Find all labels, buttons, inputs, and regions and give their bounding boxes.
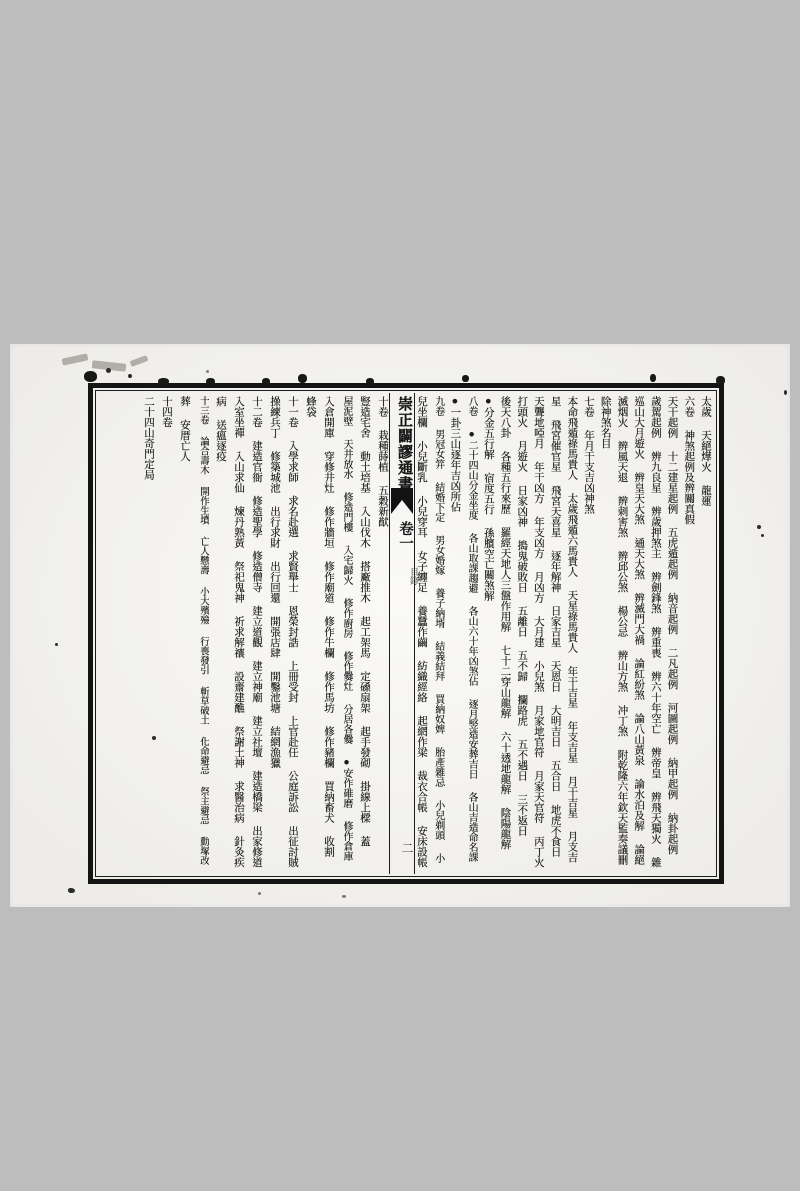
ink-speck <box>106 368 111 373</box>
ink-speck <box>55 643 58 646</box>
toc-column: 屋泥壁 天井放水 修造門樓 入宅歸火 修作廚房 修作爨灶 分居各爨 ●安作碓磨 … <box>340 396 353 871</box>
ink-speck <box>68 888 75 893</box>
ink-speck <box>206 370 209 373</box>
ink-blob <box>650 374 656 382</box>
toc-column: 太歲 天絕燁火 龍運 <box>699 396 712 871</box>
toc-column: 蜂袋 <box>304 396 317 871</box>
toc-column: 十一卷 入學求師 求名赴選 求賢舉士 恩榮封誥 上冊受封 上官赴任 公庭訴訟 出… <box>286 396 299 871</box>
ink-blob <box>298 374 307 383</box>
toc-column: 八卷 ●二十四山分金坐度 各山取課趨避 各山六十年凶煞佔 逐月竪造安葬吉日 各山… <box>465 396 478 871</box>
ink-blob <box>716 376 725 385</box>
toc-column: 二十四山奇門定局 <box>142 396 155 871</box>
toc-column: 滅烟火 辨風天退 辨刺害煞 辨邱公煞 楊公忌 辨山方煞 冲丁煞 附乾隆六年欽天監… <box>615 396 628 871</box>
toc-column: 豎造宅舍 動土培基 入山伐木 搭廠推木 起工架馬 定磉扇架 起手發砌 掛線上樑 … <box>358 396 371 871</box>
toc-column: 入倉開庫 穿修井灶 修作牆垣 修作廟道 修作牛欄 修作馬坊 修作豬欄 買納畜犬 … <box>322 396 335 871</box>
page-content: 太歲 天絕燁火 龍運六卷 神煞起例及辨關真假天干起例 十二建星起例 五虎遁起例 … <box>98 393 714 874</box>
section-label: 目錄 <box>395 567 419 585</box>
toc-column: ●分金五行解 宿度五行 孫臏空亡關煞解 <box>482 396 495 871</box>
ink-blob <box>158 378 169 385</box>
toc-column: 打頭火 月遊火 日家凶神 搗鬼破敗日 五離日 五不歸 攔路虎 五不遇日 三不返日 <box>515 396 528 871</box>
toc-column: 兒坐欄 小兒斷乳 小兒穿耳 女子纏足 養蠶作繭 紡織經絡 起網作梁 裁衣合帳 安… <box>415 396 428 871</box>
toc-column: ●一卦三山逐年吉凶所佔 <box>448 396 461 871</box>
ink-blob <box>366 378 374 385</box>
toc-column: 除神煞名目 <box>599 396 612 871</box>
toc-column: 七卷 年月干支吉凶神煞 <box>582 396 595 871</box>
scan-viewer: 太歲 天絕燁火 龍運六卷 神煞起例及辨關真假天干起例 十二建星起例 五虎遁起例 … <box>0 0 800 1191</box>
toc-column: 天聾地啞月 年干凶方 年支凶方 月凶方 大月建 小兒煞 月家地官符 月家天官符 … <box>532 396 545 871</box>
ink-speck <box>152 736 156 740</box>
toc-column: 十卷 栽種蒔植 五穀新猷 <box>376 396 389 871</box>
right-half-columns: 太歲 天絕燁火 龍運六卷 神煞起例及辨關真假天干起例 十二建星起例 五虎遁起例 … <box>415 396 712 871</box>
ink-speck <box>761 534 764 537</box>
ink-speck <box>784 390 787 395</box>
toc-column: 十四卷 <box>160 396 173 871</box>
pencil-scribble <box>130 355 149 367</box>
toc-column: 十三卷 論合壽木 開作生墳 亡人懸壽 小大殯殮 行喪發引 斬草破土 化命避忌 祭… <box>196 396 209 871</box>
toc-column: 操練兵丁 修築城池 出行求財 出行回還 開張店肆 開鑿池塘 結網漁獵 <box>268 396 281 871</box>
ink-speck <box>258 892 261 895</box>
ink-blob <box>462 375 469 382</box>
toc-column: 天干起例 十二建星起例 五虎遁起例 納音起例 二凡起例 河圖起例 納甲起例 納卦… <box>666 396 679 871</box>
ink-speck <box>128 374 132 378</box>
pencil-scribble <box>62 353 89 365</box>
toc-column: 病 送瘟逐疫 <box>214 396 227 871</box>
scanned-page: 太歲 天絕燁火 龍運六卷 神煞起例及辨關真假天干起例 十二建星起例 五虎遁起例 … <box>10 344 790 907</box>
center-fold-column: 崇正闢謬通書 卷一 目錄 二 <box>389 393 415 874</box>
ink-blob <box>206 378 215 385</box>
toc-column: 歲駕起例 辨九良星 辨歲押煞主 辨劍鋒煞 辨重喪 辨六十年空亡 辨帝皇 辨飛天獨… <box>649 396 662 871</box>
page-frame-inner-border: 太歲 天絕燁火 龍運六卷 神煞起例及辨關真假天干起例 十二建星起例 五虎遁起例 … <box>95 390 717 877</box>
toc-column: 後天八卦 各種五行來歷 羅經天地人三盤作用解 七十二穿山龍解 六十透地龍解 陰陽… <box>499 396 512 871</box>
toc-column: 巡山大月遊火 辨皇天大煞 通天大煞 辨滅門大禍 論紅紛煞 論八山黃泉 論水泊及解… <box>632 396 645 871</box>
volume-label: 卷一 <box>390 521 414 550</box>
toc-column: 入室坐禪 入山求仙 煉丹熟黃 祭祀鬼神 祈求解禳 設齋建醮 祭謝土神 求醫治病 … <box>232 396 245 871</box>
left-half-columns: 十卷 栽種蒔植 五穀新猷豎造宅舍 動土培基 入山伐木 搭廠推木 起工架馬 定磉扇… <box>98 396 389 871</box>
ink-blob <box>262 378 270 385</box>
toc-column: 葬 安厝亡人 <box>178 396 191 871</box>
ink-speck <box>757 525 761 529</box>
toc-column: 九卷 男冠女笄 結婚下定 男女婚嫁 養子納壻 結義結拜 買納奴婢 胎產雜忌 小兒… <box>432 396 445 871</box>
toc-column: 十二卷 建造官衙 修造聖學 修造僧寺 建立道觀 建立神廟 建立社壇 建造橋梁 出… <box>250 396 263 871</box>
toc-column: 本命飛遁祿馬貴人 太歲飛遁六馬貴人 天星祿馬貴人 年干吉星 年支吉星 月干吉星 … <box>565 396 578 871</box>
toc-column: 六卷 神煞起例及辨關真假 <box>682 396 695 871</box>
page-number: 二 <box>390 842 414 854</box>
ink-blob <box>84 371 97 382</box>
page-frame: 太歲 天絕燁火 龍運六卷 神煞起例及辨關真假天干起例 十二建星起例 五虎遁起例 … <box>88 383 724 884</box>
ink-speck <box>342 895 346 898</box>
toc-column: 星 飛宮催官星 飛宮天喜星 逐年解神 日家吉星 天恩日 大明吉日 五合日 地虎不… <box>549 396 562 871</box>
book-title: 崇正闢謬通書 <box>390 396 414 492</box>
fishtail-icon <box>391 488 413 514</box>
